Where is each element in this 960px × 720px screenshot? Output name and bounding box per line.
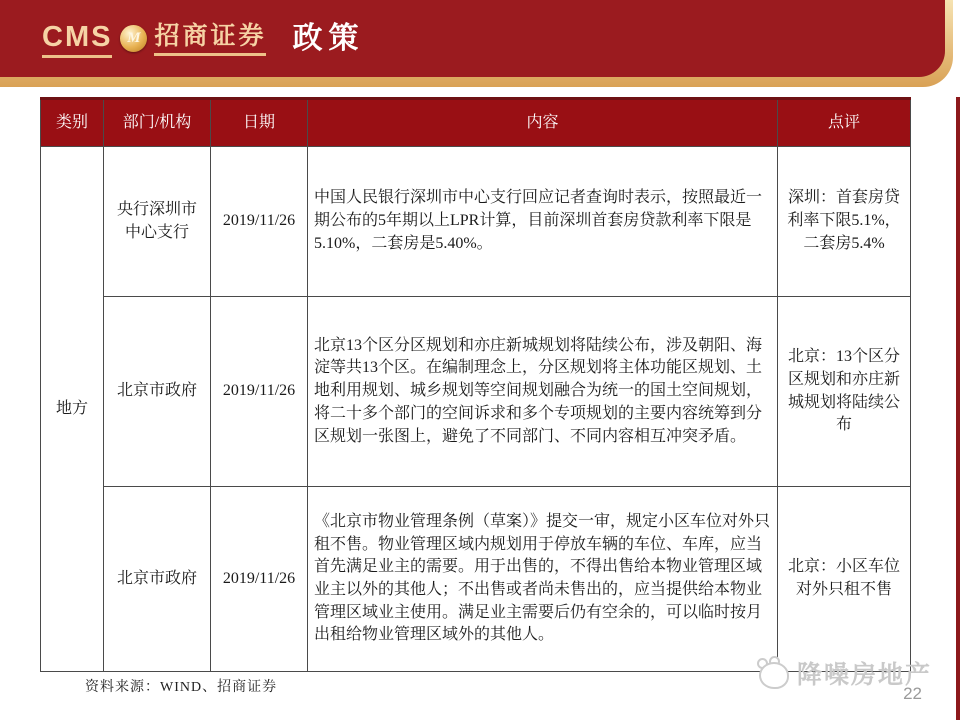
date-cell: 2019/11/26 <box>211 487 308 672</box>
table-row: 北京市政府 2019/11/26 北京13个区分区规划和亦庄新城规划将陆续公布，… <box>41 297 911 487</box>
content-cell: 北京13个区分区规划和亦庄新城规划将陆续公布，涉及朝阳、海淀等共13个区。在编制… <box>308 297 778 487</box>
banner-content: CMS M 招商证券 政策 <box>42 16 364 64</box>
banner: CMS M 招商证券 政策 <box>0 0 945 77</box>
policy-table: 类别 部门/机构 日期 内容 点评 地方 央行深圳市中心支行 2019/11/2… <box>40 97 911 672</box>
comment-cell: 北京：小区车位对外只租不售 <box>778 487 911 672</box>
header-date: 日期 <box>211 99 308 147</box>
cms-globe-glyph: M <box>127 31 140 46</box>
page-title: 政策 <box>292 24 364 56</box>
right-edge-accent <box>956 97 960 720</box>
date-cell: 2019/11/26 <box>211 297 308 487</box>
date-cell: 2019/11/26 <box>211 147 308 297</box>
cat-mascot-icon <box>755 658 789 688</box>
table-row: 北京市政府 2019/11/26 《北京市物业管理条例（草案）》提交一审，规定小… <box>41 487 911 672</box>
content-cell: 《北京市物业管理条例（草案）》提交一审，规定小区车位对外只租不售。物业管理区域内… <box>308 487 778 672</box>
page-number: 22 <box>903 684 922 704</box>
cms-logo-text: CMS <box>42 23 112 58</box>
table-row: 地方 央行深圳市中心支行 2019/11/26 中国人民银行深圳市中心支行回应记… <box>41 147 911 297</box>
header-org: 部门/机构 <box>104 99 211 147</box>
header-category: 类别 <box>41 99 104 147</box>
header-comment: 点评 <box>778 99 911 147</box>
org-cell: 央行深圳市中心支行 <box>104 147 211 297</box>
header-content: 内容 <box>308 99 778 147</box>
content-cell: 中国人民银行深圳市中心支行回应记者查询时表示，按照最近一期公布的5年期以上LPR… <box>308 147 778 297</box>
data-source-note: 资料来源：WIND、招商证券 <box>85 676 277 696</box>
comment-cell: 深圳：首套房贷利率下限5.1%，二套房5.4% <box>778 147 911 297</box>
brand-name: 招商证券 <box>154 24 266 56</box>
cms-globe-icon: M <box>120 25 147 52</box>
org-cell: 北京市政府 <box>104 297 211 487</box>
table-header-row: 类别 部门/机构 日期 内容 点评 <box>41 99 911 147</box>
banner-gold-band: CMS M 招商证券 政策 <box>0 0 953 87</box>
comment-cell: 北京：13个区分区规划和亦庄新城规划将陆续公布 <box>778 297 911 487</box>
org-cell: 北京市政府 <box>104 487 211 672</box>
category-cell: 地方 <box>41 147 104 672</box>
